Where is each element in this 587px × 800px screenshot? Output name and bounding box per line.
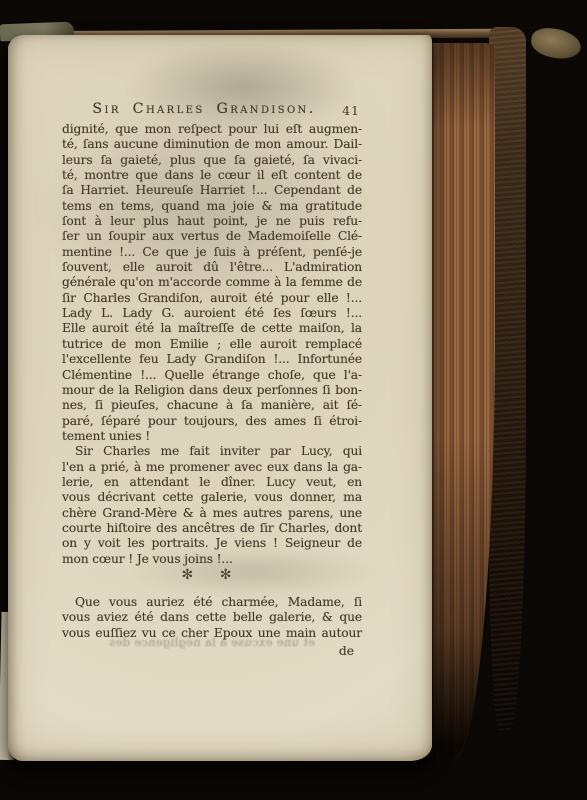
body-line: ſa Harriet. Heureuſe Harriet !... Cepend… xyxy=(62,183,362,198)
body-line: lerie, en attendant le dîner. Lucy veut,… xyxy=(62,475,362,490)
catchword: de xyxy=(62,644,354,658)
body-line: ſouvent, elle auroit dû l'être... L'admi… xyxy=(62,260,362,275)
body-line: vous décrivant cette galerie, vous donne… xyxy=(62,490,362,505)
body-line: Elle auroit été la maîtreſſe de cette ma… xyxy=(62,321,362,336)
body-line: ſir Charles Grandiſon, auroit été pour e… xyxy=(62,291,362,306)
body-line: l'excellente feu Lady Grandiſon !... Inf… xyxy=(62,352,362,367)
body-line: Lady L. Lady G. auroient été ſes ſœurs !… xyxy=(62,306,362,321)
page-number: 41 xyxy=(342,103,360,118)
body-line: courte hiſtoire des ancêtres de ſir Char… xyxy=(62,521,362,536)
page-stain xyxy=(128,41,358,133)
body-line: mour de la Religion dans deux perſonnes … xyxy=(62,383,362,398)
body-line: té, montre que dans le cœur il eſt conte… xyxy=(62,168,362,183)
body-line: Que vous auriez été charmée, Madame, ſi xyxy=(62,595,362,610)
running-header: Sir Charles Grandison. 41 xyxy=(62,101,362,119)
body-line: paré, ſéparé pour toujours, des ames ſi … xyxy=(62,414,362,429)
body-line: nes, ſi pieuſes, chacune à ſa manière, a… xyxy=(62,398,362,413)
body-line: ſont à leur plus haut point, je ne puis … xyxy=(62,214,362,229)
body-line: chère Grand-Mère & à mes autres parens, … xyxy=(62,506,362,521)
body-line: Sir Charles me fait inviter par Lucy, qu… xyxy=(62,444,362,459)
body-line: dignité, que mon reſpect pour lui eſt au… xyxy=(62,122,362,137)
body-line: mon cœur ! Je vous joins !... xyxy=(62,552,362,567)
running-header-title: Sir Charles Grandison. xyxy=(62,101,346,117)
book-photograph: Sir Charles Grandison. 41 dignité, que m… xyxy=(0,0,587,800)
body-line: ſer un ſoupir aux vertus de Mademoiſelle… xyxy=(62,229,362,244)
section-ornament: ✻ ✻ xyxy=(62,567,362,583)
body-line: générale qu'on m'accorde comme à la femm… xyxy=(62,275,362,290)
binding-headcap xyxy=(529,26,583,62)
paragraph-block-1: dignité, que mon reſpect pour lui eſt au… xyxy=(62,122,362,567)
body-line: l'en a prié, à me promener avec eux dans… xyxy=(62,460,362,475)
body-line: on y voit les portraits. Je viens ! Seig… xyxy=(62,536,362,551)
body-line: tems en tems, quand ma joie & ma gratitu… xyxy=(62,199,362,214)
body-line: tutrice de mon Emilie ; elle auroit remp… xyxy=(62,337,362,352)
body-line: mentine !... Ce que je ſuis à préſent, p… xyxy=(62,245,362,260)
body-line: té, ſans aucune diminution de mon amour.… xyxy=(62,137,362,152)
fore-edge-page-stack xyxy=(427,43,495,758)
body-line: tement unies ! xyxy=(62,429,362,444)
body-line: leurs ſa gaieté, plus que ſa gaieté, ſa … xyxy=(62,153,362,168)
body-line: Clémentine !... Quelle étrange choſe, qu… xyxy=(62,368,362,383)
body-line: vous aviez été dans cette belle galerie,… xyxy=(62,610,362,625)
book-page: Sir Charles Grandison. 41 dignité, que m… xyxy=(8,35,432,761)
